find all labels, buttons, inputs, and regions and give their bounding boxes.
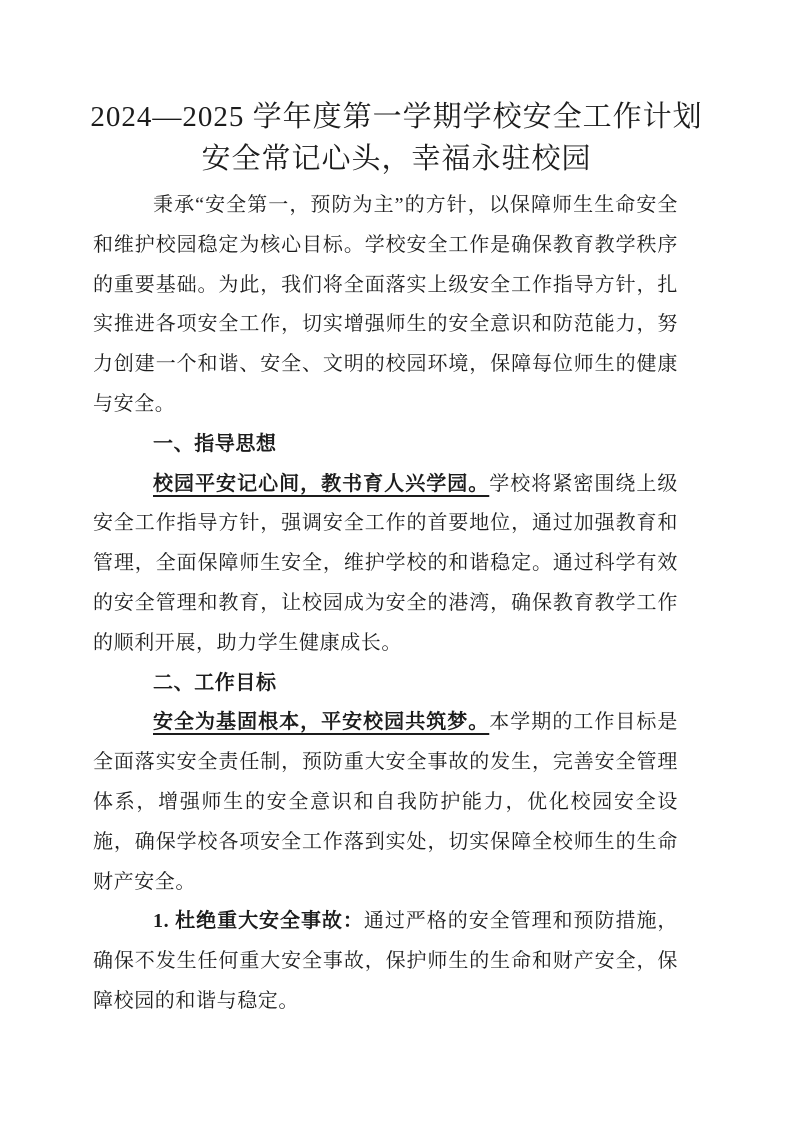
section2-heading: 二、工作目标 — [93, 664, 678, 704]
doc-title-line1: 2024—2025 学年度第一学期学校安全工作计划 — [0, 96, 793, 138]
doc-body: 秉承“安全第一，预防为主”的方针，以保障师生生命安全和维护校园稳定为核心目标。学… — [93, 186, 678, 1022]
doc-title-line2: 安全常记心头，幸福永驻校园 — [0, 138, 793, 180]
section1-body-text: 学校将紧密围绕上级安全工作指导方针，强调安全工作的首要地位，通过加强教育和管理，… — [93, 473, 678, 654]
item1-paragraph: 1. 杜绝重大安全事故：通过严格的安全管理和预防措施，确保不发生任何重大安全事故… — [93, 902, 678, 1021]
section2-lead-sentence: 安全为基固根本，平安校园共筑梦。 — [153, 711, 489, 733]
section2-body-text: 本学期的工作目标是全面落实安全责任制，预防重大安全事故的发生，完善安全管理体系，… — [93, 711, 678, 892]
doc-title: 2024—2025 学年度第一学期学校安全工作计划 安全常记心头，幸福永驻校园 — [0, 96, 793, 180]
section1-lead-sentence: 校园平安记心间，教书育人兴学园。 — [153, 473, 489, 495]
section1-paragraph: 校园平安记心间，教书育人兴学园。学校将紧密围绕上级安全工作指导方针，强调安全工作… — [93, 465, 678, 664]
section1-heading: 一、指导思想 — [93, 425, 678, 465]
document-page: 2024—2025 学年度第一学期学校安全工作计划 安全常记心头，幸福永驻校园 … — [0, 0, 793, 1122]
intro-paragraph: 秉承“安全第一，预防为主”的方针，以保障师生生命安全和维护校园稳定为核心目标。学… — [93, 186, 678, 425]
section2-paragraph: 安全为基固根本，平安校园共筑梦。本学期的工作目标是全面落实安全责任制，预防重大安… — [93, 703, 678, 902]
item1-label: 1. 杜绝重大安全事故： — [153, 910, 364, 932]
